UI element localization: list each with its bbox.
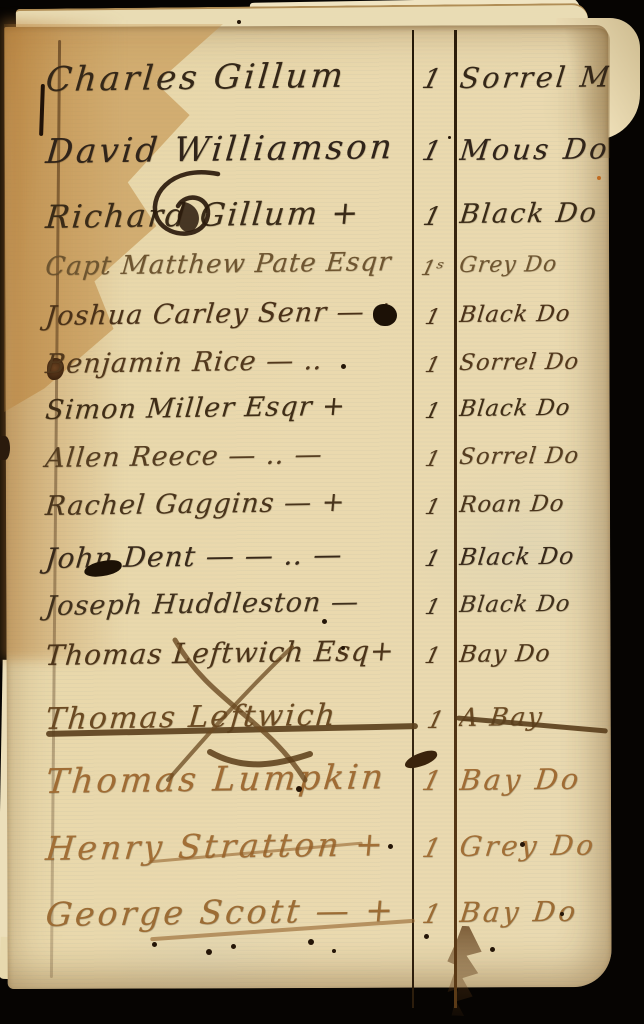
owner-name: Joshua Carley Senr — + (44, 296, 399, 332)
owner-name: Allen Reece — ‥ — (44, 439, 324, 474)
tally-mark: 1 (409, 643, 457, 669)
ledger-rows: Charles Gillum 1 Sorrel Ma David William… (44, 0, 606, 1024)
horse-description: Mous Do (458, 131, 610, 167)
ink-speck (341, 646, 345, 650)
photograph-background: { "page": { "description": "Handwritten … (0, 0, 644, 1024)
ink-flourish-loop (140, 168, 240, 244)
ink-speck (206, 949, 212, 955)
ledger-row: George Scott — + 1 Bay Do (44, 893, 606, 953)
owner-name: David Williamson (44, 127, 396, 172)
tally-mark: 1 (409, 353, 457, 378)
horse-description: Black Do (458, 541, 609, 571)
owner-name: Joseph Huddleston — (44, 587, 360, 622)
ledger-row: Thomas Lumpkin 1 Bay Do (44, 760, 606, 820)
horse-description: Sorrel Ma (458, 59, 610, 95)
horse-description: Black Do (458, 394, 609, 422)
ink-speck (424, 934, 429, 939)
horse-description: Bay Do (458, 761, 610, 797)
owner-name: Rachel Gaggins — + (44, 487, 347, 522)
tally-mark: 1 (409, 595, 457, 620)
ledger-row: Charles Gillum 1 Sorrel Ma (44, 58, 606, 118)
horse-description: Grey Do (458, 828, 610, 863)
ink-blot (373, 304, 397, 326)
horse-description: Roan Do (458, 490, 609, 518)
tally-mark: 1 (408, 766, 458, 797)
horse-description: Bay Do (458, 638, 609, 668)
ink-speck (448, 136, 451, 139)
ledger-row: Thomas Leftwich Esq+ 1 Bay Do (44, 637, 606, 697)
tally-mark: 1 (409, 546, 457, 572)
ink-speck (520, 842, 525, 847)
tally-mark: 1 (408, 833, 458, 864)
ink-speck (332, 949, 336, 953)
ink-speck (152, 942, 157, 947)
ink-speck (308, 939, 314, 945)
ledger-row: Henry Stratton + 1 Grey Do (44, 827, 606, 887)
ledger-row: Richard Gillum + 1 Black Do (44, 196, 606, 256)
cross-out-scribble (150, 632, 325, 787)
ink-speck (237, 20, 241, 24)
owner-name: Capt Matthew Pate Esqr (44, 247, 393, 282)
horse-description: Sorrel Do (458, 348, 609, 376)
tally-mark: 1 (409, 447, 457, 472)
tally-mark: 1ˢ (409, 256, 457, 280)
tally-mark: 1 (408, 202, 457, 232)
ledger-row: Thomas Leftwich 1 ‥ A Bay (44, 700, 606, 760)
tally-mark: 1 (408, 136, 458, 167)
ink-speck (341, 364, 346, 369)
horse-description: Sorrel Do (458, 442, 609, 470)
foxing-dot (597, 176, 601, 180)
horse-description: Black Do (458, 197, 610, 230)
tally-mark: 1 (409, 495, 457, 520)
tally-mark: 1 (408, 64, 458, 95)
ink-speck (560, 912, 564, 916)
owner-name: Charles Gillum (44, 56, 348, 100)
horse-description: Black Do (458, 590, 609, 618)
ink-speck (231, 944, 236, 949)
ink-speck (388, 844, 393, 849)
horse-description: Bay Do (458, 894, 610, 929)
horse-description: Black Do (458, 300, 609, 328)
tally-mark: 1 (409, 399, 457, 424)
ink-speck (490, 947, 495, 952)
ink-speck (322, 619, 327, 624)
owner-name: Simon Miller Esqr + (44, 391, 347, 426)
horse-description: Grey Do (458, 251, 609, 278)
owner-name: Benjamin Rice — ‥ (44, 345, 324, 380)
page-edge-mark (0, 436, 10, 460)
ledger-row: David Williamson 1 Mous Do (44, 130, 606, 190)
tally-mark: 1 (409, 305, 457, 330)
ink-speck (296, 786, 302, 792)
tally-mark: 1 (408, 899, 458, 930)
